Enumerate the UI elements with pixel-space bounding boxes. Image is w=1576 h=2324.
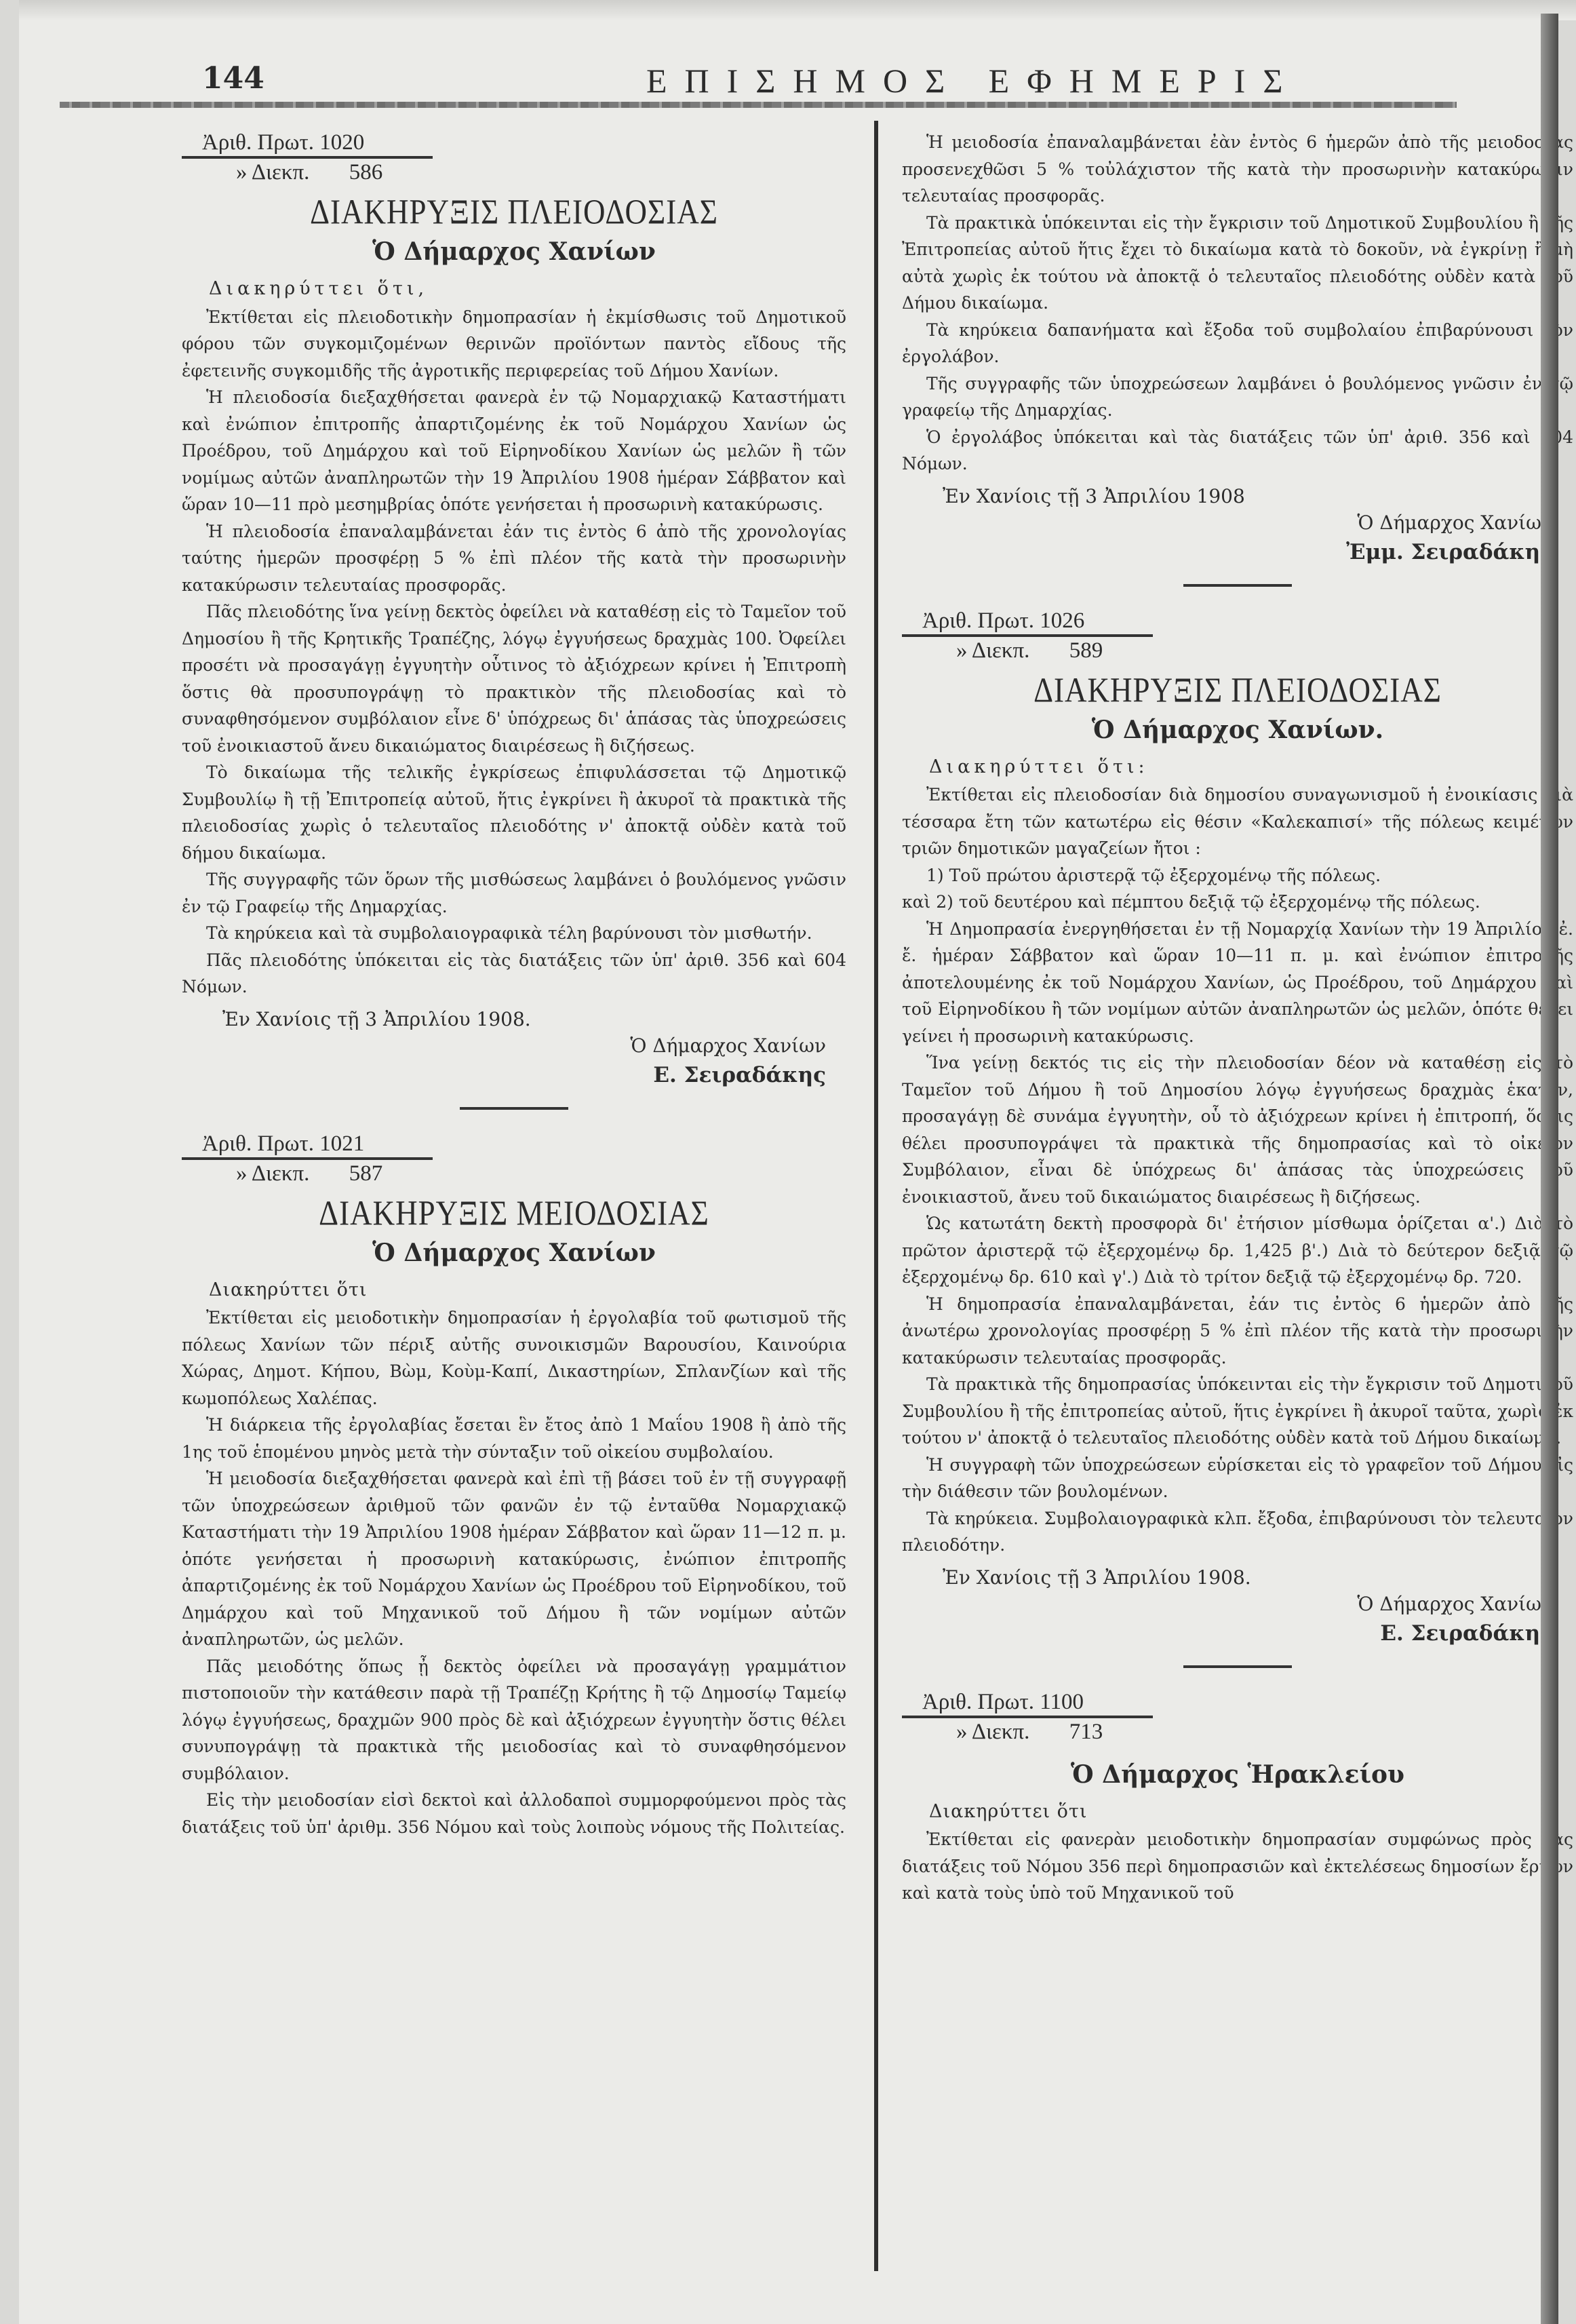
paragraph: Ἡ Δημοπρασία ἐνεργηθήσεται ἐν τῇ Νομαρχί… [902,916,1573,1050]
paragraph: Πᾶς μειοδότης ὅπως ᾖ δεκτὸς ὀφείλει νὰ π… [182,1653,846,1787]
paragraph: Τὰ πρακτικὰ ὑπόκεινται εἰς τὴν ἔγκρισιν … [902,210,1573,317]
signature-name: Ἐμμ. Σειραδάκης [902,537,1573,568]
protocol-number: 1021 [319,1131,364,1156]
protocol-line: Ἀριθ. Πρωτ. 1021 [182,1130,433,1160]
signature-title: Ὁ Δήμαρχος Χανίων [182,1032,846,1060]
protocol-label: Ἀριθ. Πρωτ. [922,608,1034,633]
notice-issuer: Ὁ Δήμαρχος Ἡρακλείου [902,1755,1573,1794]
dispatch-number: 713 [1069,1720,1103,1744]
paragraph: Τὰ κηρύκεια. Συμβολαιογραφικὰ κλπ. ἔξοδα… [902,1505,1573,1559]
dispatch-line: » Διεκπ. 713 [902,1718,1573,1745]
section-divider [1183,1665,1292,1668]
protocol-line: Ἀριθ. Πρωτ. 1100 [902,1688,1153,1718]
signature-name: Ε. Σειραδάκης [902,1618,1573,1649]
protocol-label: Ἀριθ. Πρωτ. [202,1131,314,1156]
paragraph: Ἡ συγγραφὴ τῶν ὑποχρεώσεων εὑρίσκεται εἰ… [902,1452,1573,1505]
paragraph: Ἡ διάρκεια τῆς ἐργολαβίας ἔσεται ἓν ἔτος… [182,1412,846,1465]
paragraph: Ὁ ἐργολάβος ὑπόκειται καὶ τὰς διατάξεις … [902,424,1573,478]
section-divider [1183,584,1292,587]
signature-name: Ε. Σειραδάκης [182,1060,846,1091]
protocol-number: 1020 [319,130,364,155]
list-item: 1) Τοῦ πρώτου ἀριστερᾷ τῷ ἐξερχομένῳ τῆς… [902,862,1573,889]
protocol-label: Ἀριθ. Πρωτ. [922,1690,1034,1714]
paragraph: Τὰ κηρύκεια δαπανήματα καὶ ἔξοδα τοῦ συμ… [902,317,1573,370]
notice-1020: Ἀριθ. Πρωτ. 1020 » Διεκπ. 586 ΔΙΑΚΗΡΥΞΙΣ… [182,129,846,1110]
declares-line: Διακηρύττει ὅτι, [182,275,846,303]
dispatch-line: » Διεκπ. 587 [182,1160,846,1187]
protocol-number: 1026 [1040,608,1084,633]
dateline: Ἐν Χανίοις τῇ 3 Ἀπριλίου 1908. [182,1006,846,1033]
list-item: καὶ 2) τοῦ δευτέρου καὶ πέμπτου δεξιᾷ τῷ… [902,889,1573,916]
page-right-edge [1541,14,1558,2324]
paragraph: Τὸ δικαίωμα τῆς τελικῆς ἐγκρίσεως ἐπιφυλ… [182,759,846,866]
reference-block: Ἀριθ. Πρωτ. 1100 » Διεκπ. 713 [902,1688,1573,1745]
notice-title: ΔΙΑΚΗΡΥΞΙΣ ΜΕΙΟΔΟΣΙΑΣ [182,1189,846,1236]
reference-block: Ἀριθ. Πρωτ. 1020 » Διεκπ. 586 [182,129,846,186]
reference-block: Ἀριθ. Πρωτ. 1021 » Διεκπ. 587 [182,1130,846,1187]
notice-issuer: Ὁ Δήμαρχος Χανίων [182,1233,846,1273]
notice-issuer: Ὁ Δήμαρχος Χανίων [182,232,846,271]
header-rule [60,102,1457,108]
notice-title: ΔΙΑΚΗΡΥΞΙΣ ΠΛΕΙΟΔΟΣΙΑΣ [902,666,1573,713]
dispatch-label: » Διεκπ. [236,1161,309,1186]
newspaper-page: 144 ΕΠΙΣΗΜΟΣ ΕΦΗΜΕΡΙΣ Ἀριθ. Πρωτ. 1020 »… [19,0,1558,2324]
page-number: 144 [202,61,264,96]
dispatch-label: » Διεκπ. [956,1720,1029,1744]
notice-issuer: Ὁ Δήμαρχος Χανίων. [902,710,1573,750]
protocol-line: Ἀριθ. Πρωτ. 1026 [902,607,1153,637]
notice-1021: Ἀριθ. Πρωτ. 1021 » Διεκπ. 587 ΔΙΑΚΗΡΥΞΙΣ… [182,1130,846,1841]
paragraph: Ἐκτίθεται εἰς μειοδοτικὴν δημοπρασίαν ἡ … [182,1304,846,1412]
paragraph: Ἐκτίθεται εἰς πλειοδοτικὴν δημοπρασίαν ἡ… [182,304,846,385]
signature-title: Ὁ Δήμαρχος Χανίων [902,1591,1573,1618]
left-column: Ἀριθ. Πρωτ. 1020 » Διεκπ. 586 ΔΙΑΚΗΡΥΞΙΣ… [182,129,846,1840]
paragraph: Τὰ πρακτικὰ τῆς δημοπρασίας ὑπόκεινται ε… [902,1371,1573,1452]
declares-line: Διακηρύττει ὅτι [902,1798,1573,1825]
page-top-edge [19,0,1576,20]
gazette-title: ΕΠΙΣΗΜΟΣ ΕΦΗΜΕΡΙΣ [646,61,1300,100]
dateline: Ἐν Χανίοις τῇ 3 Ἀπριλίου 1908 [902,483,1573,510]
declares-line: Διακηρύττει ὅτι: [902,754,1573,781]
dateline: Ἐν Χανίοις τῇ 3 Ἀπριλίου 1908. [902,1564,1573,1591]
paragraph: Τῆς συγγραφῆς τῶν ὑποχρεώσεων λαμβάνει ὁ… [902,370,1573,424]
reference-block: Ἀριθ. Πρωτ. 1026 » Διεκπ. 589 [902,607,1573,664]
notice-title: ΔΙΑΚΗΡΥΞΙΣ ΠΛΕΙΟΔΟΣΙΑΣ [182,189,846,235]
dispatch-number: 589 [1069,638,1103,663]
paragraph: Ἡ δημοπρασία ἐπαναλαμβάνεται, ἐάν τις ἐν… [902,1291,1573,1372]
paragraph: Ἐκτίθεται εἰς πλειοδοσίαν διὰ δημοσίου σ… [902,781,1573,862]
notice-1026: Ἀριθ. Πρωτ. 1026 » Διεκπ. 589 ΔΙΑΚΗΡΥΞΙΣ… [902,607,1573,1668]
paragraph: Ἡ πλειοδοσία διεξαχθήσεται φανερὰ ἐν τῷ … [182,384,846,518]
paragraph: Ἐκτίθεται εἰς φανερὰν μειοδοτικὴν δημοπρ… [902,1826,1573,1907]
paragraph: Πᾶς πλειοδότης ὑπόκειται εἰς τὰς διατάξε… [182,947,846,1001]
protocol-number: 1100 [1040,1690,1084,1714]
paragraph: Τῆς συγγραφῆς τῶν ὅρων τῆς μισθώσεως λαμ… [182,866,846,920]
paragraph: Ἡ μειοδοσία διεξαχθήσεται φανερὰ καὶ ἐπὶ… [182,1465,846,1653]
dispatch-label: » Διεκπ. [956,638,1029,663]
paragraph: Ἡ πλειοδοσία ἐπαναλαμβάνεται ἐάν τις ἐντ… [182,518,846,599]
column-separator [874,121,878,2271]
right-column: Ἡ μειοδοσία ἐπαναλαμβάνεται ἐὰν ἐντὸς 6 … [902,129,1573,1907]
dispatch-number: 586 [349,160,383,185]
notice-1100: Ἀριθ. Πρωτ. 1100 » Διεκπ. 713 Ὁ Δήμαρχος… [902,1688,1573,1907]
paragraph: Ὡς κατωτάτη δεκτὴ προσφορὰ δι' ἐτήσιον μ… [902,1210,1573,1291]
paragraph: Εἰς τὴν μειοδοσίαν εἰσὶ δεκτοὶ καὶ ἀλλοδ… [182,1787,846,1840]
dispatch-line: » Διεκπ. 586 [182,159,846,186]
paragraph: Τὰ κηρύκεια καὶ τὰ συμβολαιογραφικὰ τέλη… [182,920,846,947]
protocol-label: Ἀριθ. Πρωτ. [202,130,314,155]
protocol-line: Ἀριθ. Πρωτ. 1020 [182,129,433,159]
notice-1021-continued: Ἡ μειοδοσία ἐπαναλαμβάνεται ἐὰν ἐντὸς 6 … [902,129,1573,587]
dispatch-label: » Διεκπ. [236,160,309,185]
paragraph: Πᾶς πλειοδότης ἵνα γείνῃ δεκτὸς ὀφείλει … [182,598,846,759]
declares-line: Διακηρύττει ὅτι [182,1277,846,1304]
signature-title: Ὁ Δήμαρχος Χανίων [902,509,1573,537]
paragraph: Ἵνα γείνῃ δεκτός τις εἰς τὴν πλειοδοσίαν… [902,1049,1573,1210]
spacer [902,1745,1573,1755]
dispatch-line: » Διεκπ. 589 [902,637,1573,664]
section-divider [460,1107,568,1110]
paragraph: Ἡ μειοδοσία ἐπαναλαμβάνεται ἐὰν ἐντὸς 6 … [902,129,1573,210]
dispatch-number: 587 [349,1161,383,1186]
